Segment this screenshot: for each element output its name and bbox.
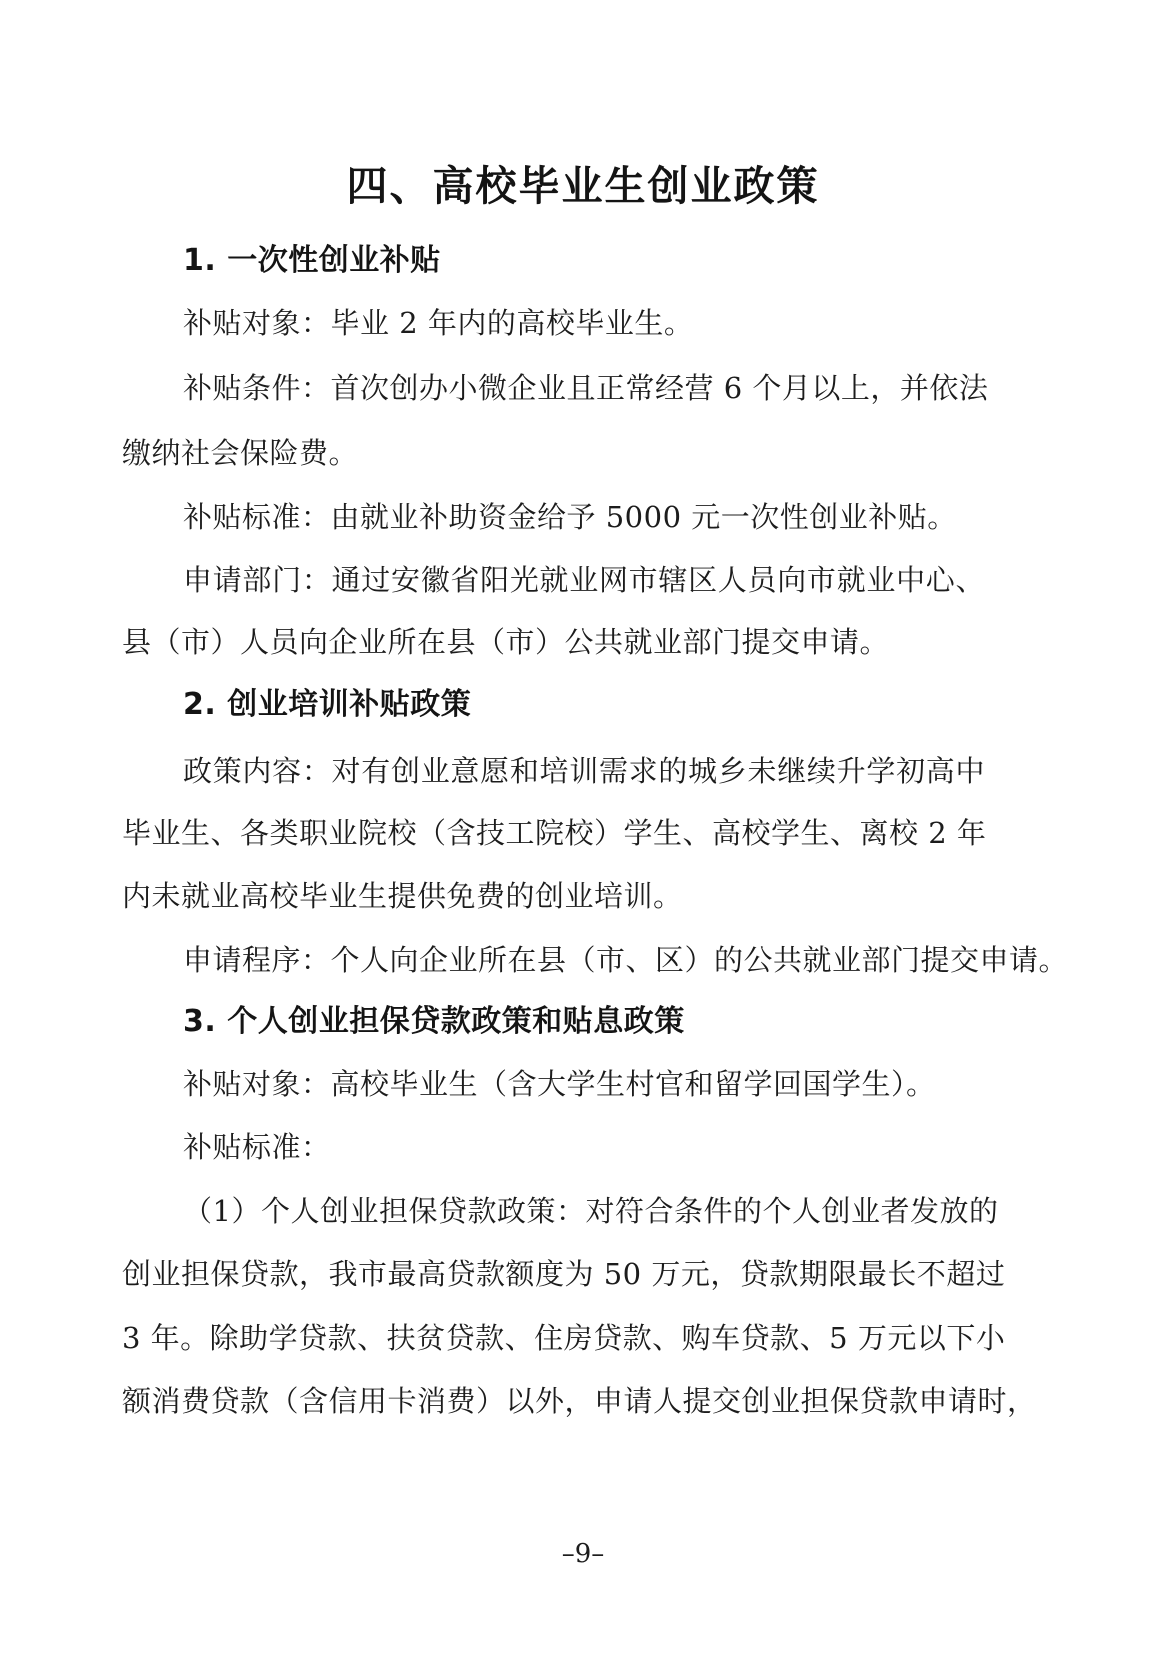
paragraph-line: 申请部门：通过安徽省阳光就业网市辖区人员向市就业中心、 <box>183 560 985 600</box>
paragraph-line: 补贴标准： <box>183 1127 331 1167</box>
document-page: 四、高校毕业生创业政策 1. 一次性创业补贴 补贴对象：毕业 2 年内的高校毕业… <box>0 0 1166 1654</box>
paragraph-line: 创业担保贷款，我市最高贷款额度为 50 万元，贷款期限最长不超过 <box>122 1254 985 1294</box>
section-heading-3: 3. 个人创业担保贷款政策和贴息政策 <box>183 1002 685 1042</box>
paragraph-line: 补贴对象：高校毕业生（含大学生村官和留学回国学生）。 <box>183 1064 936 1104</box>
paragraph-line: 补贴标准：由就业补助资金给予 5000 元一次性创业补贴。 <box>183 497 957 537</box>
page-title: 四、高校毕业生创业政策 <box>0 158 1166 214</box>
paragraph-line: 补贴条件：首次创办小微企业且正常经营 6 个月以上，并依法 <box>183 368 985 408</box>
paragraph-line: 缴纳社会保险费。 <box>122 433 358 473</box>
paragraph-line: 县（市）人员向企业所在县（市）公共就业部门提交申请。 <box>122 622 889 662</box>
section-heading-1: 1. 一次性创业补贴 <box>183 241 441 281</box>
paragraph-line: （1）个人创业担保贷款政策：对符合条件的个人创业者发放的 <box>183 1191 985 1231</box>
paragraph-line: 额消费贷款（含信用卡消费）以外，申请人提交创业担保贷款申请时， <box>122 1381 985 1421</box>
page-number: –9– <box>0 1537 1166 1571</box>
paragraph-line: 政策内容：对有创业意愿和培训需求的城乡未继续升学初高中 <box>183 751 985 791</box>
section-heading-2: 2. 创业培训补贴政策 <box>183 685 471 725</box>
paragraph-line: 补贴对象：毕业 2 年内的高校毕业生。 <box>183 303 693 343</box>
paragraph-line: 3 年。除助学贷款、扶贫贷款、住房贷款、购车贷款、5 万元以下小 <box>122 1318 985 1358</box>
paragraph-line: 内未就业高校毕业生提供免费的创业培训。 <box>122 876 683 916</box>
paragraph-line: 毕业生、各类职业院校（含技工院校）学生、高校学生、离校 2 年 <box>122 813 985 853</box>
paragraph-line: 申请程序：个人向企业所在县（市、区）的公共就业部门提交申请。 <box>183 940 985 980</box>
